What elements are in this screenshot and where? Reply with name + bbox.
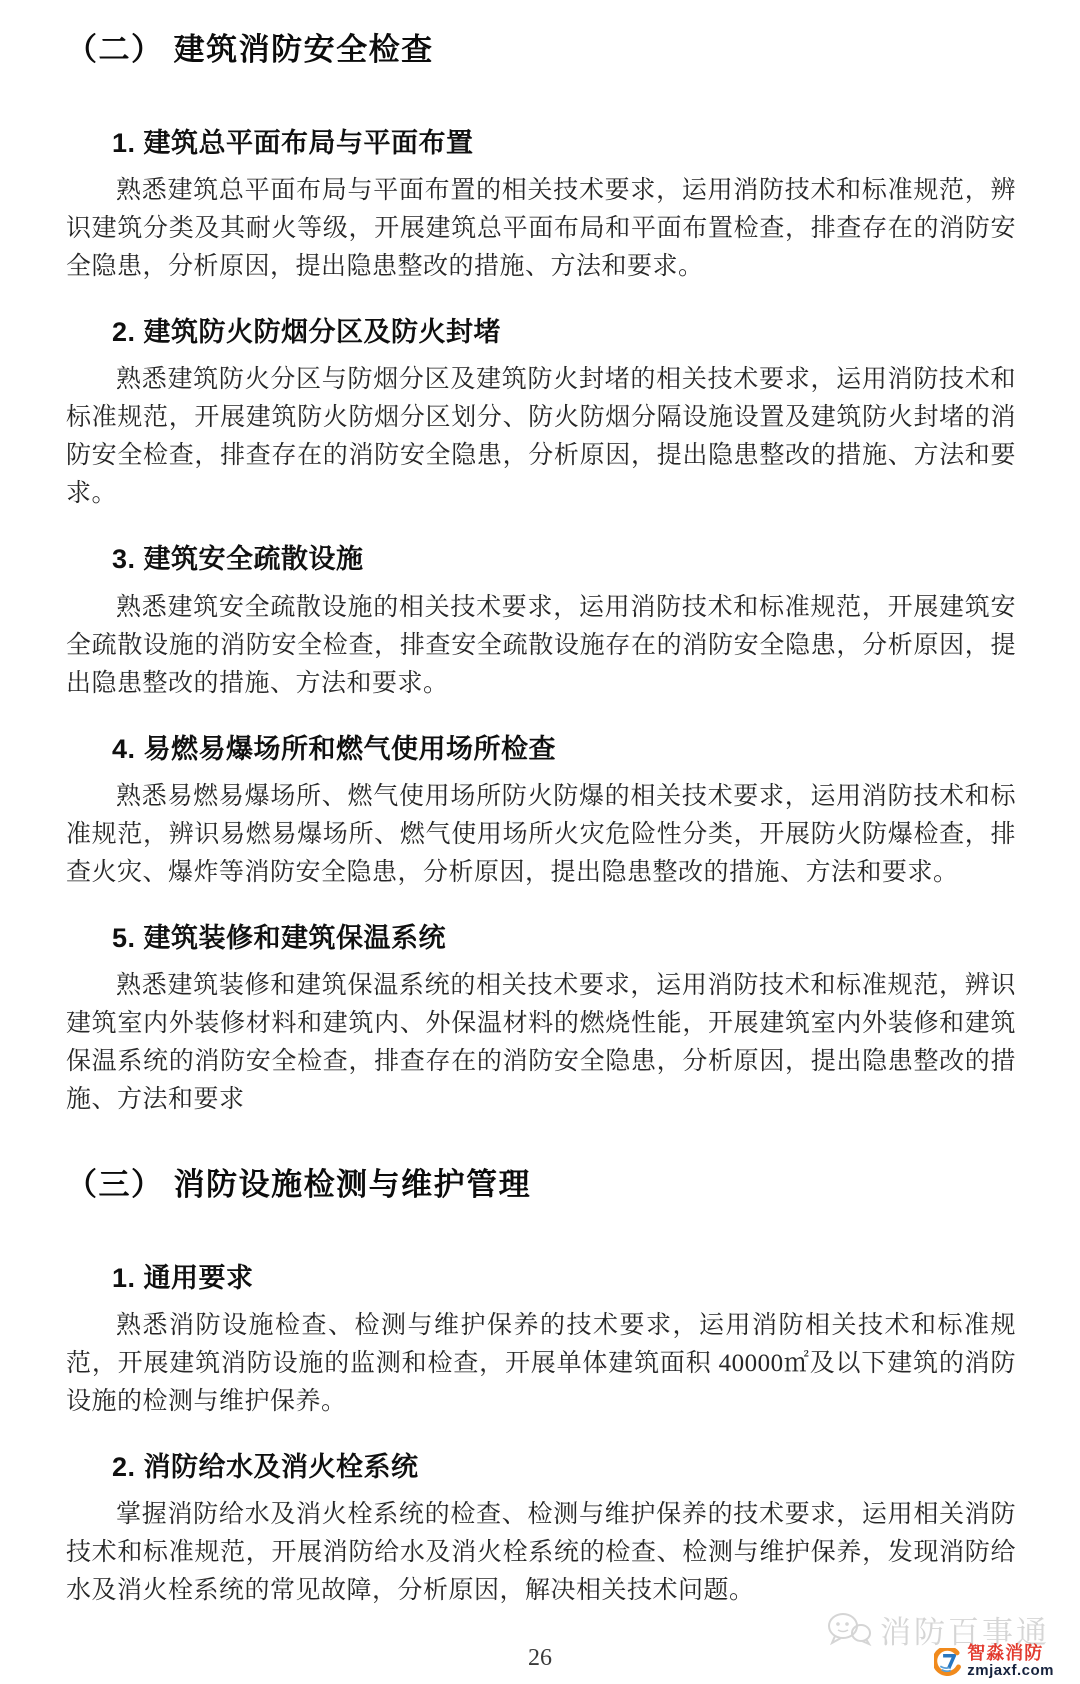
document-content: （二） 建筑消防安全检查 1. 建筑总平面布局与平面布置 熟悉建筑总平面布局与平…: [0, 0, 1080, 1610]
subsection-heading-5-decoration-insulation: 5. 建筑装修和建筑保温系统: [112, 921, 1016, 956]
section-title-building-fire-safety-inspection: （二） 建筑消防安全检查: [66, 30, 1016, 70]
subsection-heading-1-overall-layout: 1. 建筑总平面布局与平面布置: [112, 126, 1016, 161]
subsection-body-2-fire-smoke-zoning: 熟悉建筑防火分区与防烟分区及建筑防火封堵的相关技术要求，运用消防技术和标准规范，…: [66, 361, 1016, 513]
subsection-heading-general-requirements: 1. 通用要求: [112, 1261, 1016, 1296]
zhimiao-logo-icon: [934, 1648, 962, 1676]
subsection-body-water-supply-hydrant: 掌握消防给水及消火栓系统的检查、检测与维护保养的技术要求，运用相关消防技术和标准…: [66, 1496, 1016, 1610]
subsection-body-general-requirements: 熟悉消防设施检查、检测与维护保养的技术要求，运用消防相关技术和标准规范，开展建筑…: [66, 1307, 1016, 1421]
zhimiao-brand-logo: 智淼消防 zmjaxf.com: [934, 1644, 1054, 1679]
subsection-heading-4-flammable-gas-sites: 4. 易燃易爆场所和燃气使用场所检查: [112, 732, 1016, 767]
document-page: （二） 建筑消防安全检查 1. 建筑总平面布局与平面布置 熟悉建筑总平面布局与平…: [0, 0, 1080, 1684]
brand-site: zmjaxf.com: [967, 1663, 1054, 1679]
subsection-heading-2-fire-smoke-zoning: 2. 建筑防火防烟分区及防火封堵: [112, 315, 1016, 350]
subsection-heading-water-supply-hydrant: 2. 消防给水及消火栓系统: [112, 1450, 1016, 1485]
subsection-body-5-decoration-insulation: 熟悉建筑装修和建筑保温系统的相关技术要求，运用消防技术和标准规范，辨识建筑室内外…: [66, 967, 1016, 1119]
subsection-body-3-evacuation-facilities: 熟悉建筑安全疏散设施的相关技术要求，运用消防技术和标准规范，开展建筑安全疏散设施…: [66, 589, 1016, 703]
brand-text: 智淼消防 zmjaxf.com: [967, 1644, 1054, 1679]
subsection-body-1-overall-layout: 熟悉建筑总平面布局与平面布置的相关技术要求，运用消防技术和标准规范，辨识建筑分类…: [66, 172, 1016, 286]
subsection-heading-3-evacuation-facilities: 3. 建筑安全疏散设施: [112, 542, 1016, 577]
subsection-body-4-flammable-gas-sites: 熟悉易燃易爆场所、燃气使用场所防火防爆的相关技术要求，运用消防技术和标准规范，辨…: [66, 778, 1016, 892]
brand-name: 智淼消防: [967, 1644, 1054, 1663]
section-title-facility-testing-maintenance: （三） 消防设施检测与维护管理: [66, 1165, 1016, 1205]
chat-bubbles-icon: [826, 1611, 872, 1649]
